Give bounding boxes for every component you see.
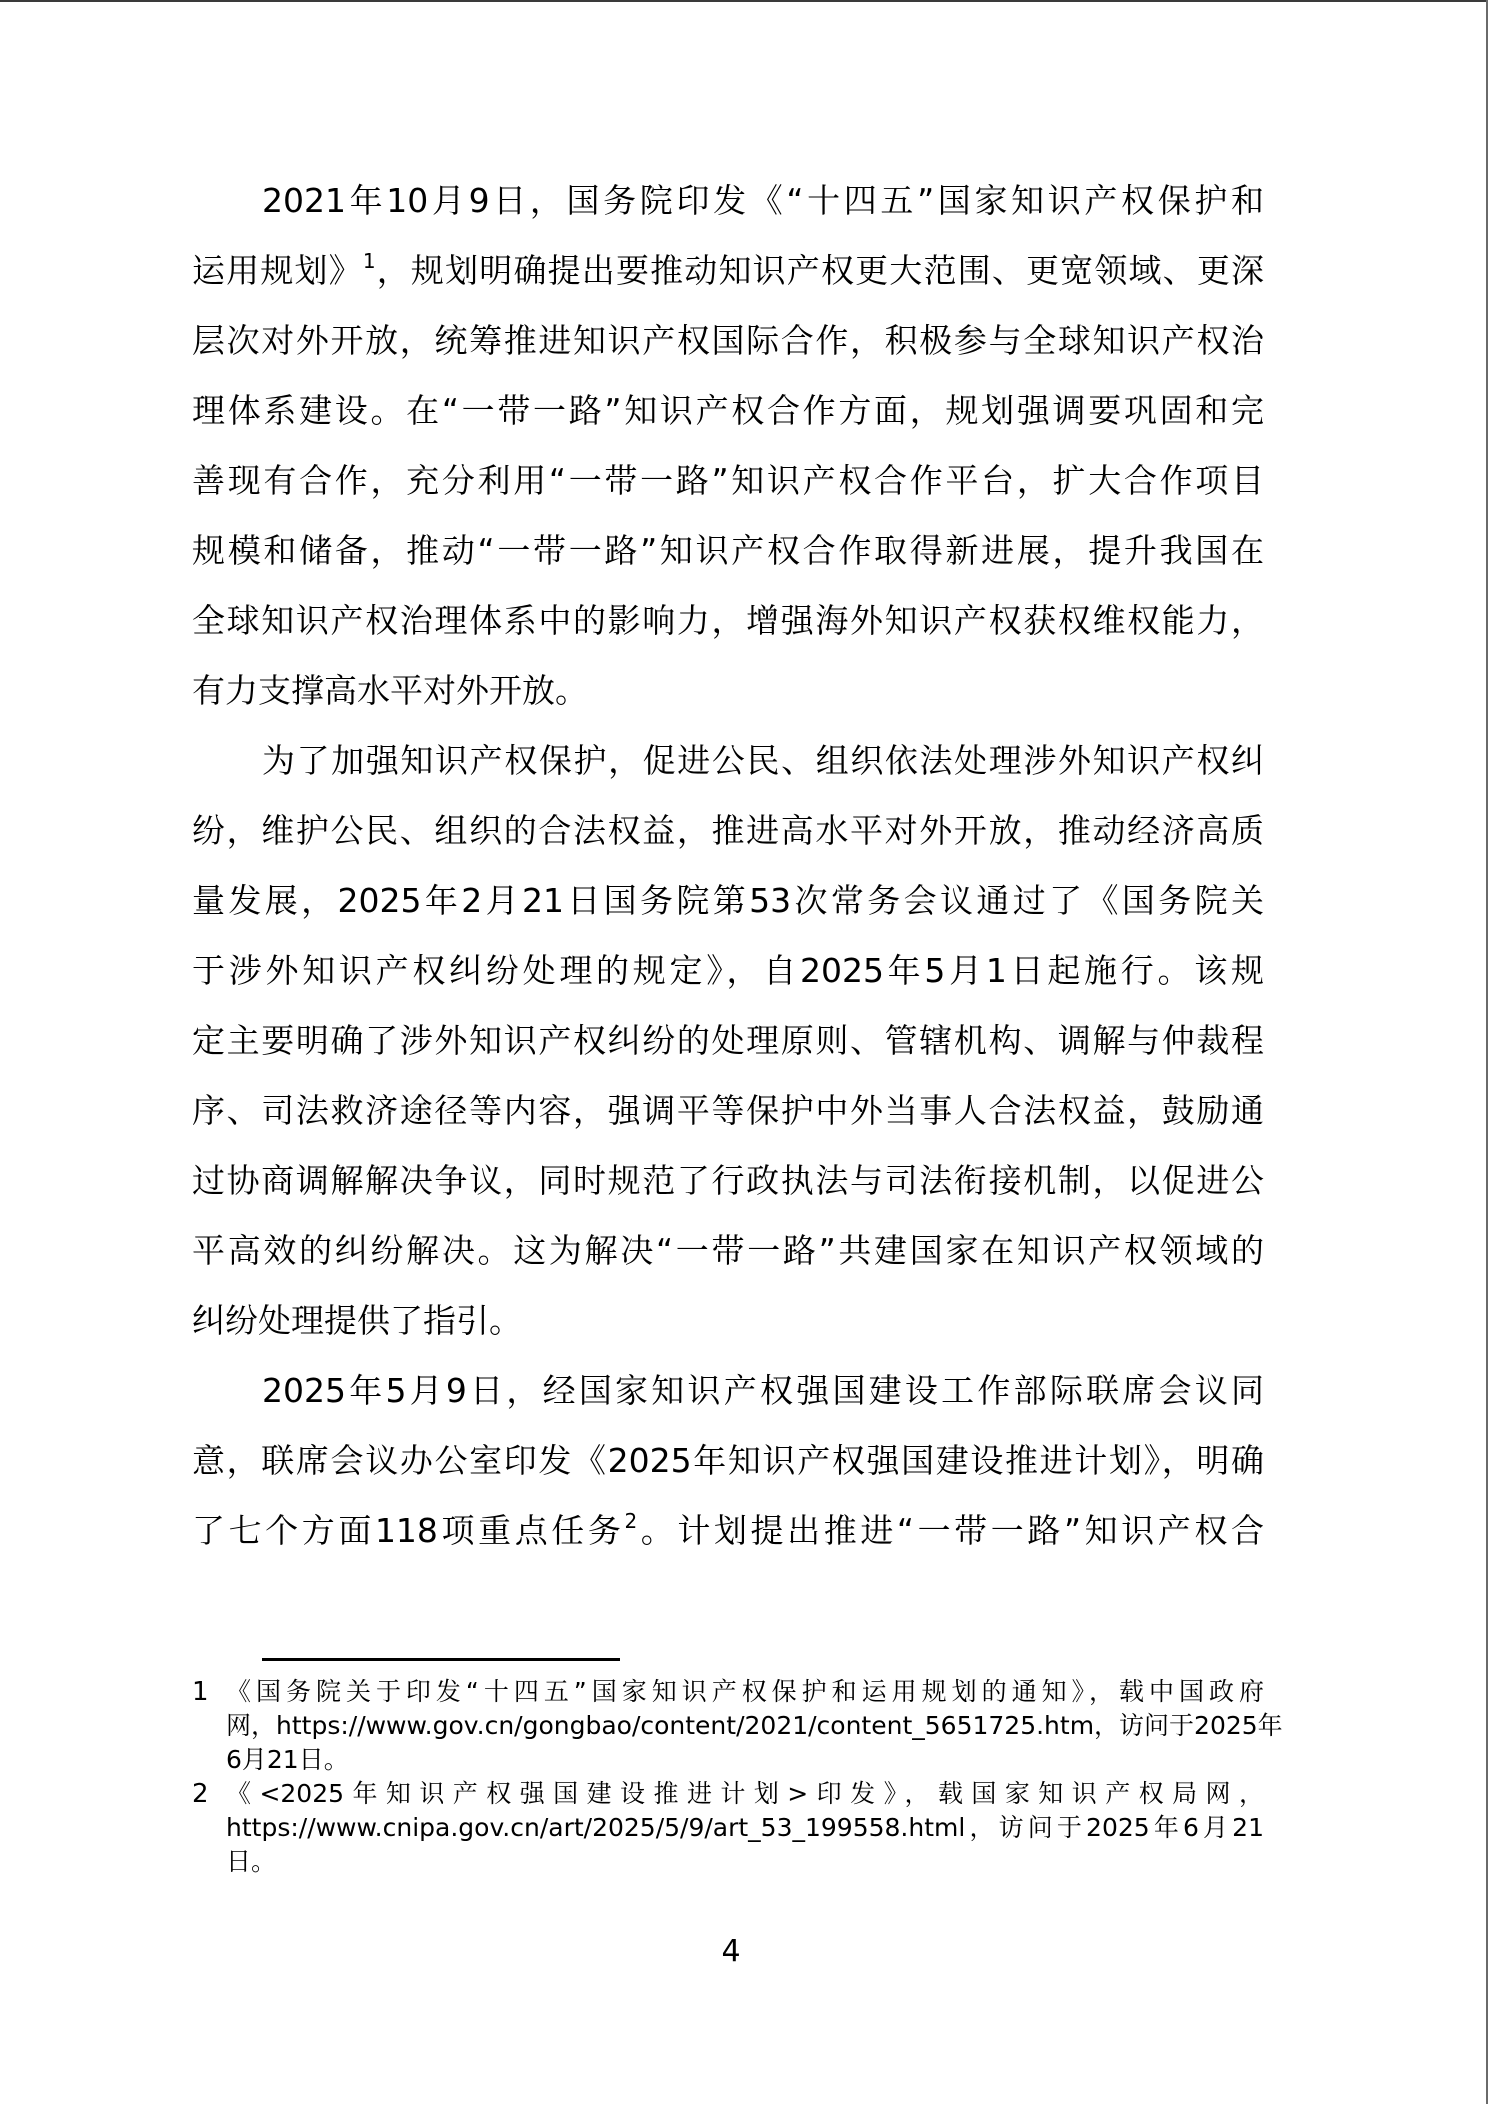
text-line: 理体系建设。在“一带一路”知识产权合作方面，规划强调要巩固和完: [192, 376, 1264, 446]
text-line: 平高效的纠纷解决。这为解决“一带一路”共建国家在知识产权领域的: [192, 1216, 1264, 1286]
text-line: 2025年5月9日，经国家知识产权强国建设工作部际联席会议同: [192, 1356, 1264, 1426]
text-line: 层次对外开放，统筹推进知识产权国际合作，积极参与全球知识产权治: [192, 306, 1264, 376]
page-top-border: [0, 0, 1488, 2]
text-line: 有力支撑高水平对外开放。: [192, 656, 1264, 726]
paragraph-2: 为了加强知识产权保护，促进公民、组织依法处理涉外知识产权纠 纷，维护公民、组织的…: [192, 726, 1264, 1356]
text-line: 全球知识产权治理体系中的影响力，增强海外知识产权获权维权能力，: [192, 586, 1264, 656]
text-line: 量发展，2025年2月21日国务院第53次常务会议通过了《国务院关: [192, 866, 1264, 936]
text-line: 运用规划》1，规划明确提出要推动知识产权更大范围、更宽领域、更深: [192, 236, 1264, 306]
text-line: 纷，维护公民、组织的合法权益，推进高水平对外开放，推动经济高质: [192, 796, 1264, 866]
page-number: 4: [716, 1930, 746, 1974]
footnote-separator: [262, 1658, 620, 1661]
footnotes: 1 《国务院关于印发“十四五”国家知识产权保护和运用规划的通知》，载中国政府 网…: [192, 1675, 1264, 1879]
footnote-ref-2[interactable]: 2: [624, 1509, 637, 1533]
footnote-line: 日。: [226, 1845, 1264, 1879]
footnote-line: 《国务院关于印发“十四五”国家知识产权保护和运用规划的通知》，载中国政府: [226, 1675, 1264, 1709]
text-line: 规模和储备，推动“一带一路”知识产权合作取得新进展，提升我国在: [192, 516, 1264, 586]
text-span: ，规划明确提出要推动知识产权更大范围、更宽领域、更深: [376, 251, 1264, 290]
document-body: 2021年10月9日，国务院印发《“十四五”国家知识产权保护和 运用规划》1，规…: [192, 166, 1264, 1566]
footnote-number: 2: [192, 1777, 209, 1811]
footnote-line: 《<2025年知识产权强国建设推进计划>印发》，载国家知识产权局网，: [226, 1777, 1264, 1811]
paragraph-3: 2025年5月9日，经国家知识产权强国建设工作部际联席会议同 意，联席会议办公室…: [192, 1356, 1264, 1566]
text-line: 为了加强知识产权保护，促进公民、组织依法处理涉外知识产权纠: [192, 726, 1264, 796]
footnote-ref-1[interactable]: 1: [363, 249, 376, 273]
text-line: 定主要明确了涉外知识产权纠纷的处理原则、管辖机构、调解与仲裁程: [192, 1006, 1264, 1076]
paragraph-1: 2021年10月9日，国务院印发《“十四五”国家知识产权保护和 运用规划》1，规…: [192, 166, 1264, 726]
text-span: 。计划提出推进“一带一路”知识产权合: [637, 1511, 1264, 1550]
text-line: 意，联席会议办公室印发《2025年知识产权强国建设推进计划》，明确: [192, 1426, 1264, 1496]
footnote-1: 1 《国务院关于印发“十四五”国家知识产权保护和运用规划的通知》，载中国政府 网…: [192, 1675, 1264, 1777]
text-line: 善现有合作，充分利用“一带一路”知识产权合作平台，扩大合作项目: [192, 446, 1264, 516]
footnote-number: 1: [192, 1675, 209, 1709]
footnote-2: 2 《<2025年知识产权强国建设推进计划>印发》，载国家知识产权局网， htt…: [192, 1777, 1264, 1879]
text-line: 了七个方面118项重点任务2。计划提出推进“一带一路”知识产权合: [192, 1496, 1264, 1566]
footnote-link-line[interactable]: https://www.cnipa.gov.cn/art/2025/5/9/ar…: [226, 1811, 1264, 1845]
text-line: 纠纷处理提供了指引。: [192, 1286, 1264, 1356]
text-line: 2021年10月9日，国务院印发《“十四五”国家知识产权保护和: [192, 166, 1264, 236]
text-span: 运用规划》: [192, 251, 363, 290]
footnote-line: 6月21日。: [226, 1743, 1264, 1777]
text-span: 了七个方面118项重点任务: [192, 1511, 624, 1550]
footnote-link-line[interactable]: 网，https://www.gov.cn/gongbao/content/202…: [226, 1709, 1264, 1743]
text-line: 于涉外知识产权纠纷处理的规定》，自2025年5月1日起施行。该规: [192, 936, 1264, 1006]
text-line: 序、司法救济途径等内容，强调平等保护中外当事人合法权益，鼓励通: [192, 1076, 1264, 1146]
text-line: 过协商调解解决争议，同时规范了行政执法与司法衔接机制，以促进公: [192, 1146, 1264, 1216]
